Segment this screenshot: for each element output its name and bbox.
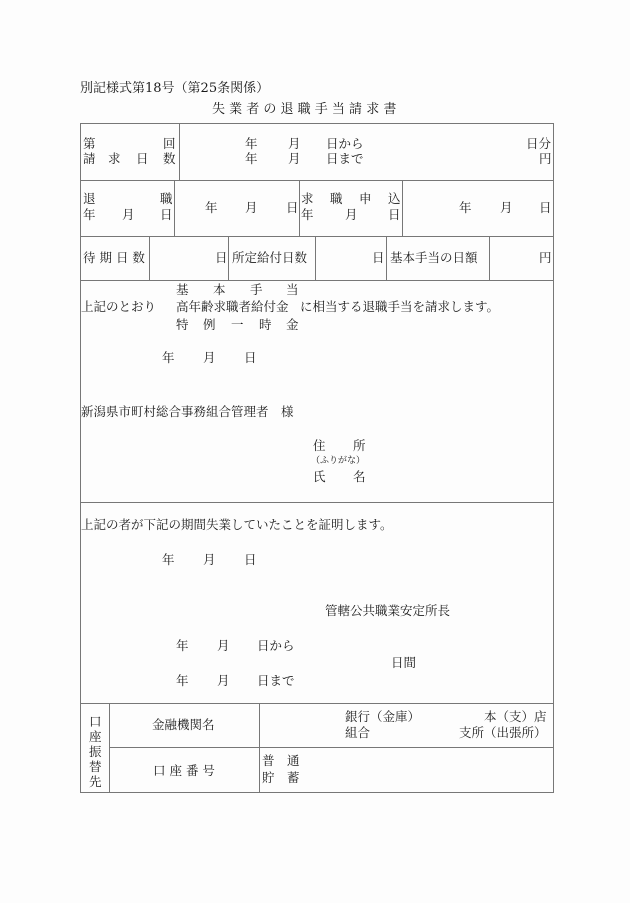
apply-date-year[interactable]: 年 — [459, 202, 472, 215]
claim-days-label-4: 数 — [163, 153, 176, 166]
claim-days-label-1: 請 — [83, 153, 96, 166]
apply-label-4: 込 — [388, 193, 401, 206]
period-from-year[interactable]: 年 — [245, 138, 258, 151]
period-from-day[interactable]: 日から — [326, 138, 364, 151]
retire-date-year[interactable]: 年 — [205, 202, 218, 215]
unemployed-from-month[interactable]: 月 — [217, 640, 230, 653]
bank-type-bank[interactable]: 銀行（金庫） — [345, 711, 420, 724]
daily-allowance-field[interactable]: 円 — [539, 252, 552, 265]
days-unit[interactable]: 日分 — [526, 138, 551, 151]
claim-count-label-times: 回 — [163, 138, 176, 151]
addressee: 新潟県市町村総合事務組合管理者 様 — [81, 406, 294, 419]
furigana-label: （ふりがな） — [311, 457, 365, 466]
daily-allowance-label: 基本手当の日額 — [390, 252, 478, 265]
claim-days-label-3: 日 — [136, 153, 149, 166]
bank-label-2: 座 — [89, 731, 102, 744]
cert-date-year[interactable]: 年 — [162, 554, 175, 567]
cert-date-day[interactable]: 日 — [244, 554, 257, 567]
period-to-month[interactable]: 月 — [288, 153, 301, 166]
opt3-c5: 金 — [286, 319, 299, 332]
opt1-c3: 手 — [250, 284, 263, 297]
retire-date-month[interactable]: 月 — [245, 202, 258, 215]
retire-label-month: 月 — [122, 209, 135, 222]
name-label-2: 名 — [353, 471, 366, 484]
address-label-1: 住 — [313, 440, 326, 453]
unemployed-to-month[interactable]: 月 — [217, 675, 230, 688]
form-number: 別記様式第18号（第25条関係） — [80, 82, 269, 95]
cert-date-month[interactable]: 月 — [203, 554, 216, 567]
account-type-ordinary[interactable]: 普 通 — [262, 755, 300, 768]
opt3-c4: 時 — [259, 319, 272, 332]
apply-label-day: 日 — [388, 209, 401, 222]
period-to-day[interactable]: 日まで — [326, 153, 364, 166]
apply-label-2: 職 — [330, 193, 343, 206]
unemployed-to-day[interactable]: 日まで — [257, 675, 295, 688]
opt1-c4: 当 — [286, 284, 299, 297]
prescribed-days-field[interactable]: 日 — [372, 252, 385, 265]
retire-label-year: 年 — [83, 209, 96, 222]
apply-date-day[interactable]: 日 — [539, 202, 552, 215]
document-title: 失 業 者 の 退 職 手 当 請 求 書 — [212, 103, 396, 116]
address-label-2: 所 — [353, 440, 366, 453]
retire-date-day[interactable]: 日 — [286, 202, 299, 215]
retire-label-day: 日 — [160, 209, 173, 222]
prescribed-days-label: 所定給付日数 — [232, 252, 307, 265]
certification-issuer: 管轄公共職業安定所長 — [325, 605, 450, 618]
opt3-c3: 一 — [231, 319, 244, 332]
claim-count-label-first: 第 — [83, 138, 96, 151]
opt3-c2: 例 — [203, 319, 216, 332]
opt1-c2: 本 — [213, 284, 226, 297]
branch-type-main[interactable]: 本（支）店 — [484, 711, 547, 724]
period-from-month[interactable]: 月 — [288, 138, 301, 151]
name-label-1: 氏 — [313, 471, 326, 484]
unemployed-from-day[interactable]: 日から — [257, 640, 295, 653]
account-number-label: 口 座 番 号 — [153, 765, 215, 778]
apply-label-3: 申 — [359, 193, 372, 206]
yen-unit[interactable]: 円 — [539, 153, 552, 166]
apply-label-month: 月 — [345, 209, 358, 222]
claim-date-month[interactable]: 月 — [203, 352, 216, 365]
waiting-days-field[interactable]: 日 — [215, 252, 228, 265]
apply-label-year: 年 — [301, 209, 314, 222]
bank-label-1: 口 — [89, 716, 102, 729]
certification-statement: 上記の者が下記の期間失業していたことを証明します。 — [81, 519, 393, 532]
retire-label-1: 退 — [83, 193, 96, 206]
waiting-days-label: 待 期 日 数 — [83, 252, 145, 265]
institution-name-label: 金融機関名 — [152, 719, 215, 732]
period-to-year[interactable]: 年 — [245, 153, 258, 166]
bank-label-4: 替 — [89, 761, 102, 774]
bank-type-union[interactable]: 組合 — [345, 727, 370, 740]
apply-label-1: 求 — [301, 193, 314, 206]
unemployed-duration[interactable]: 日間 — [391, 657, 416, 670]
opt3-c1: 特 — [176, 319, 189, 332]
branch-type-sub[interactable]: 支所（出張所） — [459, 727, 547, 740]
claim-days-label-2: 求 — [108, 153, 121, 166]
claim-prefix: 上記のとおり — [81, 301, 156, 314]
bank-label-3: 振 — [89, 746, 102, 759]
claim-suffix: に相当する退職手当を請求します。 — [300, 301, 499, 314]
claim-option-elderly-benefit[interactable]: 高年齢求職者給付金 — [176, 301, 289, 314]
account-type-savings[interactable]: 貯 蓄 — [262, 772, 300, 785]
claim-date-year[interactable]: 年 — [162, 352, 175, 365]
unemployed-to-year[interactable]: 年 — [176, 675, 189, 688]
claim-date-day[interactable]: 日 — [244, 352, 257, 365]
apply-date-month[interactable]: 月 — [500, 202, 513, 215]
unemployed-from-year[interactable]: 年 — [176, 640, 189, 653]
bank-label-5: 先 — [89, 776, 102, 789]
retire-label-2: 職 — [160, 193, 173, 206]
opt1-c1: 基 — [176, 284, 189, 297]
